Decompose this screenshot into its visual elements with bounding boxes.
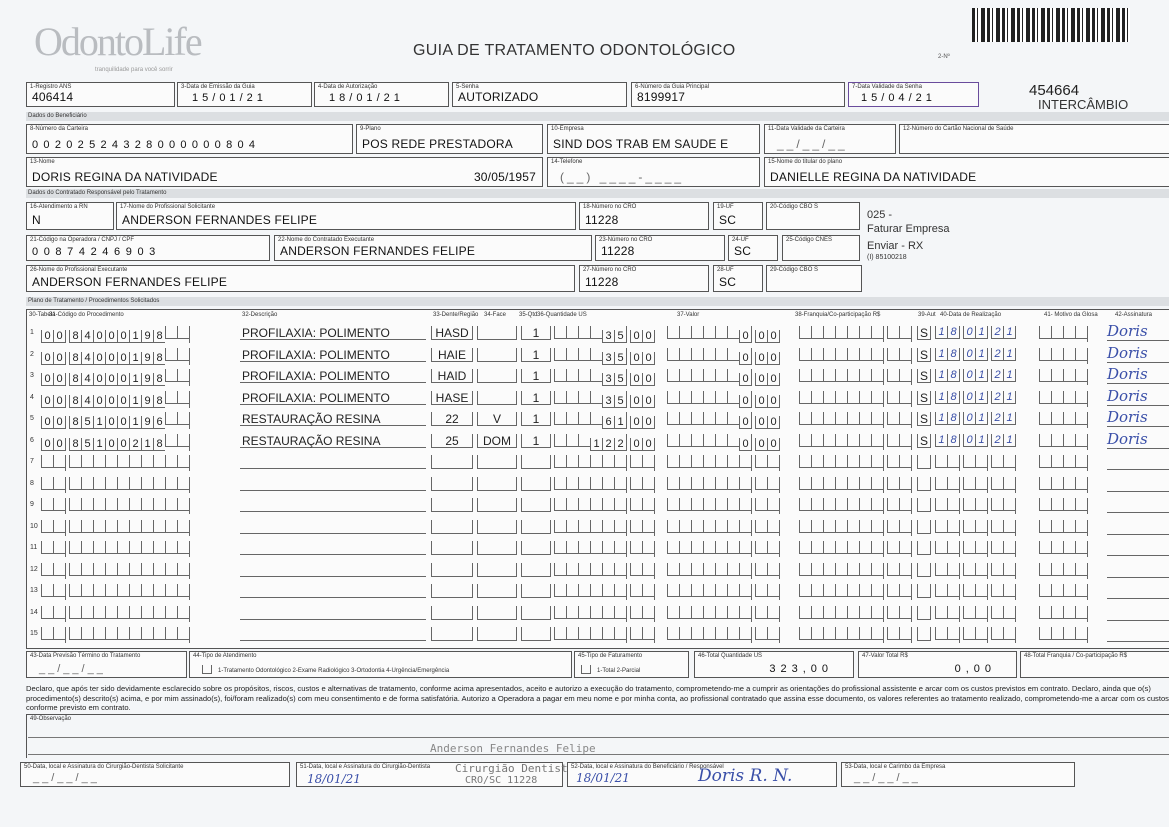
qtd-us-decimal-input[interactable] — [630, 520, 655, 536]
assinatura-signature[interactable]: Doris — [1107, 387, 1148, 405]
data-dia-input[interactable] — [935, 606, 960, 622]
face-input[interactable] — [477, 584, 517, 598]
franquia-decimal-input[interactable] — [887, 455, 912, 471]
field-tipo-faturamento[interactable]: 45-Tipo de Faturamento 1-Total 2-Parcial — [574, 651, 689, 678]
data-mes-input[interactable]: 01 — [963, 391, 988, 404]
codigo-input[interactable] — [69, 606, 190, 622]
valor-decimal-input[interactable] — [755, 498, 780, 514]
descricao-input[interactable]: PROFILAXIA: POLIMENTO — [240, 326, 426, 340]
qtd-input[interactable] — [521, 477, 551, 491]
valor-decimal-input[interactable]: 00 — [755, 438, 780, 451]
franquia-decimal-input[interactable] — [887, 348, 912, 364]
valor-decimal-input[interactable]: 00 — [755, 373, 780, 386]
qtd-us-input[interactable] — [554, 477, 627, 493]
codigo-input[interactable] — [69, 477, 190, 493]
data-mes-input[interactable] — [963, 606, 988, 622]
face-input[interactable] — [477, 326, 517, 340]
qtd-us-decimal-input[interactable] — [630, 606, 655, 622]
data-dia-input[interactable] — [935, 455, 960, 471]
dente-input[interactable] — [431, 584, 473, 598]
aut-input[interactable] — [917, 455, 931, 469]
tabela-input[interactable] — [41, 477, 66, 493]
field-plano[interactable]: 9-Plano POS REDE PRESTADORA — [356, 124, 543, 154]
dente-input[interactable]: 25 — [431, 434, 473, 448]
franquia-input[interactable] — [799, 584, 884, 600]
valor-input[interactable] — [667, 584, 752, 600]
valor-decimal-input[interactable]: 00 — [755, 416, 780, 429]
dente-input[interactable] — [431, 498, 473, 512]
descricao-input[interactable]: PROFILAXIA: POLIMENTO — [240, 348, 426, 362]
descricao-input[interactable] — [240, 627, 426, 641]
valor-input[interactable]: 0 — [667, 412, 752, 429]
franquia-decimal-input[interactable] — [887, 606, 912, 622]
descricao-input[interactable]: RESTAURAÇÃO RESINA — [240, 434, 426, 448]
franquia-decimal-input[interactable] — [887, 412, 912, 428]
glosa-input[interactable] — [1039, 434, 1088, 450]
codigo-input[interactable] — [69, 541, 190, 557]
aut-input[interactable]: S — [917, 326, 931, 340]
data-mes-input[interactable]: 01 — [963, 434, 988, 447]
data-ano-input[interactable] — [991, 606, 1016, 622]
data-ano-input[interactable] — [991, 520, 1016, 536]
glosa-input[interactable] — [1039, 477, 1088, 493]
codigo-input[interactable] — [69, 455, 190, 471]
valor-decimal-input[interactable] — [755, 477, 780, 493]
field-data-emissao[interactable]: 3-Data de Emissão da Guia 15/01/21 — [177, 82, 312, 107]
franquia-input[interactable] — [799, 434, 884, 450]
dente-input[interactable]: HAIE — [431, 348, 473, 362]
valor-decimal-input[interactable] — [755, 455, 780, 471]
valor-input[interactable] — [667, 606, 752, 622]
field-valor-total[interactable]: 47-Valor Total R$ 0,00 — [858, 651, 1017, 678]
field-numero-carteira[interactable]: 8-Número da Carteira 0020252432800000080… — [26, 124, 353, 154]
dente-input[interactable]: 22 — [431, 412, 473, 426]
tabela-input[interactable] — [41, 541, 66, 557]
data-ano-input[interactable] — [991, 477, 1016, 493]
qtd-us-decimal-input[interactable]: 00 — [630, 438, 655, 451]
codigo-input[interactable] — [69, 520, 190, 536]
glosa-input[interactable] — [1039, 627, 1088, 643]
franquia-input[interactable] — [799, 498, 884, 514]
face-input[interactable] — [477, 498, 517, 512]
aut-input[interactable] — [917, 584, 931, 598]
franquia-decimal-input[interactable] — [887, 520, 912, 536]
field-observacao[interactable]: 49-Observação — [26, 714, 1169, 758]
data-mes-input[interactable] — [963, 563, 988, 579]
franquia-decimal-input[interactable] — [887, 584, 912, 600]
data-mes-input[interactable] — [963, 584, 988, 600]
descricao-input[interactable]: RESTAURAÇÃO RESINA — [240, 412, 426, 426]
codigo-input[interactable]: 84000198 — [69, 348, 190, 365]
franquia-input[interactable] — [799, 541, 884, 557]
dente-input[interactable] — [431, 520, 473, 534]
qtd-us-input[interactable]: 61 — [554, 412, 627, 429]
franquia-decimal-input[interactable] — [887, 326, 912, 342]
valor-decimal-input[interactable] — [755, 520, 780, 536]
face-input[interactable] — [477, 563, 517, 577]
franquia-decimal-input[interactable] — [887, 477, 912, 493]
data-dia-input[interactable] — [935, 520, 960, 536]
face-input[interactable] — [477, 369, 517, 383]
data-mes-input[interactable] — [963, 520, 988, 536]
valor-input[interactable] — [667, 498, 752, 514]
franquia-input[interactable] — [799, 369, 884, 385]
tabela-input[interactable]: 00 — [41, 395, 66, 408]
descricao-input[interactable] — [240, 606, 426, 620]
aut-input[interactable]: S — [917, 412, 931, 426]
glosa-input[interactable] — [1039, 520, 1088, 536]
field-sig-beneficiario[interactable]: 52-Data, local e Assinatura do Beneficiá… — [567, 762, 837, 787]
data-mes-input[interactable]: 01 — [963, 348, 988, 361]
descricao-input[interactable] — [240, 541, 426, 555]
data-mes-input[interactable]: 01 — [963, 369, 988, 382]
descricao-input[interactable]: PROFILAXIA: POLIMENTO — [240, 369, 426, 383]
field-titular[interactable]: 15-Nome do titular do plano DANIELLE REG… — [764, 157, 1169, 187]
descricao-input[interactable] — [240, 498, 426, 512]
assinatura-signature[interactable]: Doris — [1107, 322, 1148, 340]
data-ano-input[interactable] — [991, 498, 1016, 514]
field-prof-executante[interactable]: 26-Nome do Profissional Executante ANDER… — [26, 265, 575, 292]
descricao-input[interactable] — [240, 584, 426, 598]
data-dia-input[interactable]: 18 — [935, 326, 960, 339]
aut-input[interactable]: S — [917, 369, 931, 383]
data-dia-input[interactable] — [935, 477, 960, 493]
qtd-input[interactable]: 1 — [521, 391, 551, 405]
data-dia-input[interactable]: 18 — [935, 369, 960, 382]
data-ano-input[interactable] — [991, 455, 1016, 471]
tabela-input[interactable] — [41, 563, 66, 579]
franquia-input[interactable] — [799, 477, 884, 493]
franquia-input[interactable] — [799, 455, 884, 471]
franquia-input[interactable] — [799, 326, 884, 342]
aut-input[interactable]: S — [917, 391, 931, 405]
qtd-input[interactable]: 1 — [521, 348, 551, 362]
qtd-us-decimal-input[interactable]: 00 — [630, 352, 655, 365]
valor-input[interactable]: 0 — [667, 369, 752, 386]
valor-decimal-input[interactable] — [755, 606, 780, 622]
qtd-input[interactable]: 1 — [521, 412, 551, 426]
glosa-input[interactable] — [1039, 412, 1088, 428]
assinatura-signature[interactable]: Doris — [1107, 408, 1148, 426]
data-ano-input[interactable]: 21 — [991, 434, 1016, 447]
valor-input[interactable]: 0 — [667, 348, 752, 365]
field-senha[interactable]: 5-Senha AUTORIZADO — [452, 82, 627, 107]
qtd-us-decimal-input[interactable]: 00 — [630, 416, 655, 429]
face-input[interactable] — [477, 348, 517, 362]
field-telefone[interactable]: 14-Telefone (__) ____-____ — [547, 157, 760, 187]
aut-input[interactable]: S — [917, 348, 931, 362]
glosa-input[interactable] — [1039, 498, 1088, 514]
qtd-input[interactable] — [521, 455, 551, 469]
qtd-us-input[interactable]: 35 — [554, 369, 627, 386]
face-input[interactable] — [477, 391, 517, 405]
qtd-input[interactable] — [521, 541, 551, 555]
aut-input[interactable] — [917, 520, 931, 534]
field-previsao-termino[interactable]: 43-Data Previsão Término do Tratamento _… — [26, 651, 187, 678]
descricao-input[interactable]: PROFILAXIA: POLIMENTO — [240, 391, 426, 405]
qtd-us-input[interactable]: 35 — [554, 326, 627, 343]
descricao-input[interactable] — [240, 563, 426, 577]
face-input[interactable] — [477, 541, 517, 555]
franquia-decimal-input[interactable] — [887, 434, 912, 450]
field-data-autorizacao[interactable]: 4-Data de Autorização 18/01/21 — [314, 82, 449, 107]
glosa-input[interactable] — [1039, 455, 1088, 471]
tipo-faturamento-checkbox[interactable] — [581, 665, 591, 674]
codigo-input[interactable] — [69, 498, 190, 514]
glosa-input[interactable] — [1039, 369, 1088, 385]
valor-input[interactable] — [667, 563, 752, 579]
data-ano-input[interactable] — [991, 584, 1016, 600]
aut-input[interactable] — [917, 606, 931, 620]
valor-input[interactable]: 0 — [667, 434, 752, 451]
tabela-input[interactable]: 00 — [41, 438, 66, 451]
dente-input[interactable]: HAID — [431, 369, 473, 383]
franquia-decimal-input[interactable] — [887, 369, 912, 385]
field-cbo-29[interactable]: 29-Código CBO S — [766, 265, 862, 292]
field-tipo-atendimento[interactable]: 44-Tipo de Atendimento 1-Tratamento Odon… — [189, 651, 572, 678]
qtd-us-decimal-input[interactable]: 00 — [630, 330, 655, 343]
qtd-us-input[interactable] — [554, 627, 627, 643]
aut-input[interactable] — [917, 541, 931, 555]
data-mes-input[interactable] — [963, 498, 988, 514]
franquia-input[interactable] — [799, 606, 884, 622]
field-sig-empresa[interactable]: 53-Data, local e Carimbo da Empresa __/_… — [841, 762, 1075, 787]
field-nome[interactable]: 13-Nome DORIS REGINA DA NATIVIDADE 30/05… — [26, 157, 543, 187]
field-contratado-executante[interactable]: 22-Nome do Contratado Executante ANDERSO… — [274, 235, 592, 261]
valor-input[interactable] — [667, 541, 752, 557]
valor-input[interactable] — [667, 455, 752, 471]
codigo-input[interactable]: 84000198 — [69, 391, 190, 408]
codigo-input[interactable] — [69, 584, 190, 600]
qtd-us-decimal-input[interactable] — [630, 455, 655, 471]
qtd-us-input[interactable]: 35 — [554, 348, 627, 365]
data-dia-input[interactable]: 18 — [935, 348, 960, 361]
data-dia-input[interactable] — [935, 563, 960, 579]
qtd-us-decimal-input[interactable] — [630, 584, 655, 600]
qtd-input[interactable] — [521, 520, 551, 534]
glosa-input[interactable] — [1039, 584, 1088, 600]
valor-input[interactable]: 0 — [667, 326, 752, 343]
qtd-us-input[interactable]: 122 — [554, 434, 627, 451]
aut-input[interactable] — [917, 627, 931, 641]
dente-input[interactable]: HASE — [431, 391, 473, 405]
face-input[interactable] — [477, 520, 517, 534]
franquia-input[interactable] — [799, 391, 884, 407]
qtd-us-decimal-input[interactable] — [630, 477, 655, 493]
franquia-input[interactable] — [799, 520, 884, 536]
data-dia-input[interactable] — [935, 498, 960, 514]
assinatura-signature[interactable]: Doris — [1107, 430, 1148, 448]
dente-input[interactable] — [431, 563, 473, 577]
qtd-us-input[interactable] — [554, 541, 627, 557]
field-total-franquia[interactable]: 48-Total Franquia / Co-participação R$ — [1020, 651, 1169, 678]
data-dia-input[interactable] — [935, 584, 960, 600]
tabela-input[interactable] — [41, 606, 66, 622]
qtd-us-decimal-input[interactable]: 00 — [630, 395, 655, 408]
qtd-us-decimal-input[interactable] — [630, 498, 655, 514]
data-dia-input[interactable] — [935, 627, 960, 643]
data-dia-input[interactable]: 18 — [935, 391, 960, 404]
field-uf-28[interactable]: 28-UF SC — [713, 265, 763, 292]
data-ano-input[interactable]: 21 — [991, 391, 1016, 404]
data-dia-input[interactable]: 18 — [935, 412, 960, 425]
codigo-input[interactable]: 84000198 — [69, 326, 190, 343]
tabela-input[interactable]: 00 — [41, 373, 66, 386]
face-input[interactable] — [477, 477, 517, 491]
data-ano-input[interactable] — [991, 627, 1016, 643]
tabela-input[interactable]: 00 — [41, 330, 66, 343]
glosa-input[interactable] — [1039, 326, 1088, 342]
valor-decimal-input[interactable]: 00 — [755, 352, 780, 365]
valor-decimal-input[interactable]: 00 — [755, 330, 780, 343]
data-dia-input[interactable] — [935, 541, 960, 557]
qtd-us-input[interactable] — [554, 498, 627, 514]
franquia-input[interactable] — [799, 348, 884, 364]
qtd-us-decimal-input[interactable] — [630, 627, 655, 643]
codigo-input[interactable]: 85100196 — [69, 412, 190, 429]
valor-decimal-input[interactable] — [755, 563, 780, 579]
data-ano-input[interactable]: 21 — [991, 326, 1016, 339]
aut-input[interactable] — [917, 498, 931, 512]
field-atendimento-rn[interactable]: 16-Atendimento a RN N — [26, 202, 114, 230]
face-input[interactable] — [477, 627, 517, 641]
dente-input[interactable] — [431, 627, 473, 641]
dente-input[interactable] — [431, 455, 473, 469]
franquia-decimal-input[interactable] — [887, 627, 912, 643]
aut-input[interactable] — [917, 563, 931, 577]
field-uf-19[interactable]: 19-UF SC — [713, 202, 763, 230]
qtd-input[interactable] — [521, 498, 551, 512]
codigo-input[interactable]: 84000198 — [69, 369, 190, 386]
field-validade-senha[interactable]: 7-Data Validade da Senha 15/04/21 — [848, 82, 979, 107]
assinatura-signature[interactable]: Doris — [1107, 365, 1148, 383]
data-ano-input[interactable] — [991, 563, 1016, 579]
field-cnes-25[interactable]: 25-Código CNES — [782, 235, 860, 261]
valor-decimal-input[interactable]: 00 — [755, 395, 780, 408]
dente-input[interactable]: HASD — [431, 326, 473, 340]
tabela-input[interactable] — [41, 520, 66, 536]
franquia-decimal-input[interactable] — [887, 391, 912, 407]
face-input[interactable]: DOM — [477, 434, 517, 448]
data-mes-input[interactable]: 01 — [963, 326, 988, 339]
valor-input[interactable] — [667, 627, 752, 643]
tabela-input[interactable] — [41, 498, 66, 514]
aut-input[interactable]: S — [917, 434, 931, 448]
qtd-input[interactable] — [521, 584, 551, 598]
valor-input[interactable]: 0 — [667, 391, 752, 408]
descricao-input[interactable] — [240, 455, 426, 469]
franquia-decimal-input[interactable] — [887, 498, 912, 514]
qtd-us-input[interactable] — [554, 563, 627, 579]
valor-decimal-input[interactable] — [755, 584, 780, 600]
field-validade-carteira[interactable]: 11-Data Validade da Carteira __/__/__ — [764, 124, 896, 154]
data-mes-input[interactable] — [963, 541, 988, 557]
field-guia-principal[interactable]: 6-Número da Guia Principal 8199917 — [631, 82, 845, 107]
data-ano-input[interactable] — [991, 541, 1016, 557]
glosa-input[interactable] — [1039, 541, 1088, 557]
field-sig-solicitante[interactable]: 50-Data, local e Assinatura do Cirurgião… — [20, 762, 290, 787]
field-uf-24[interactable]: 24-UF SC — [728, 235, 778, 261]
valor-decimal-input[interactable] — [755, 541, 780, 557]
tabela-input[interactable] — [41, 584, 66, 600]
qtd-us-input[interactable] — [554, 584, 627, 600]
qtd-us-input[interactable] — [554, 606, 627, 622]
codigo-input[interactable] — [69, 627, 190, 643]
field-cro-27[interactable]: 27-Número no CRO 11228 — [579, 265, 709, 292]
tabela-input[interactable]: 00 — [41, 416, 66, 429]
dente-input[interactable] — [431, 541, 473, 555]
face-input[interactable]: V — [477, 412, 517, 426]
qtd-input[interactable] — [521, 563, 551, 577]
glosa-input[interactable] — [1039, 391, 1088, 407]
qtd-input[interactable] — [521, 627, 551, 641]
data-mes-input[interactable] — [963, 477, 988, 493]
qtd-input[interactable]: 1 — [521, 326, 551, 340]
qtd-input[interactable] — [521, 606, 551, 620]
data-mes-input[interactable] — [963, 455, 988, 471]
tabela-input[interactable] — [41, 627, 66, 643]
codigo-input[interactable]: 85100218 — [69, 434, 190, 451]
franquia-input[interactable] — [799, 563, 884, 579]
glosa-input[interactable] — [1039, 348, 1088, 364]
qtd-us-decimal-input[interactable] — [630, 541, 655, 557]
field-total-us[interactable]: 46-Total Quantidade US 323,00 — [694, 651, 854, 678]
qtd-us-input[interactable] — [554, 455, 627, 471]
data-ano-input[interactable]: 21 — [991, 348, 1016, 361]
field-prof-solicitante[interactable]: 17-Nome do Profissional Solicitante ANDE… — [116, 202, 576, 230]
face-input[interactable] — [477, 606, 517, 620]
descricao-input[interactable] — [240, 477, 426, 491]
dente-input[interactable] — [431, 477, 473, 491]
tabela-input[interactable]: 00 — [41, 352, 66, 365]
qtd-input[interactable]: 1 — [521, 369, 551, 383]
assinatura-signature[interactable]: Doris — [1107, 344, 1148, 362]
aut-input[interactable] — [917, 477, 931, 491]
field-cro-23[interactable]: 23-Número no CRO 11228 — [595, 235, 725, 261]
field-registro-ans[interactable]: 1-Registro ANS 406414 — [26, 82, 175, 107]
qtd-us-decimal-input[interactable]: 00 — [630, 373, 655, 386]
dente-input[interactable] — [431, 606, 473, 620]
data-mes-input[interactable] — [963, 627, 988, 643]
franquia-decimal-input[interactable] — [887, 541, 912, 557]
field-cbo-20[interactable]: 20-Código CBO S — [766, 202, 860, 230]
qtd-us-input[interactable]: 35 — [554, 391, 627, 408]
tabela-input[interactable] — [41, 455, 66, 471]
franquia-input[interactable] — [799, 412, 884, 428]
glosa-input[interactable] — [1039, 563, 1088, 579]
data-dia-input[interactable]: 18 — [935, 434, 960, 447]
data-ano-input[interactable]: 21 — [991, 412, 1016, 425]
glosa-input[interactable] — [1039, 606, 1088, 622]
descricao-input[interactable] — [240, 520, 426, 534]
valor-decimal-input[interactable] — [755, 627, 780, 643]
field-empresa[interactable]: 10-Empresa SIND DOS TRAB EM SAUDE E — [547, 124, 760, 154]
field-cartao-nacional[interactable]: 12-Número do Cartão Nacional de Saúde — [899, 124, 1169, 154]
field-cro-18[interactable]: 18-Número no CRO 11228 — [579, 202, 709, 230]
franquia-decimal-input[interactable] — [887, 563, 912, 579]
codigo-input[interactable] — [69, 563, 190, 579]
valor-input[interactable] — [667, 477, 752, 493]
qtd-input[interactable]: 1 — [521, 434, 551, 448]
tipo-atendimento-checkbox[interactable] — [202, 665, 212, 674]
data-ano-input[interactable]: 21 — [991, 369, 1016, 382]
face-input[interactable] — [477, 455, 517, 469]
qtd-us-decimal-input[interactable] — [630, 563, 655, 579]
field-codigo-operadora[interactable]: 21-Código na Operadora / CNPJ / CPF 0087… — [26, 235, 270, 261]
data-mes-input[interactable]: 01 — [963, 412, 988, 425]
franquia-input[interactable] — [799, 627, 884, 643]
qtd-us-input[interactable] — [554, 520, 627, 536]
